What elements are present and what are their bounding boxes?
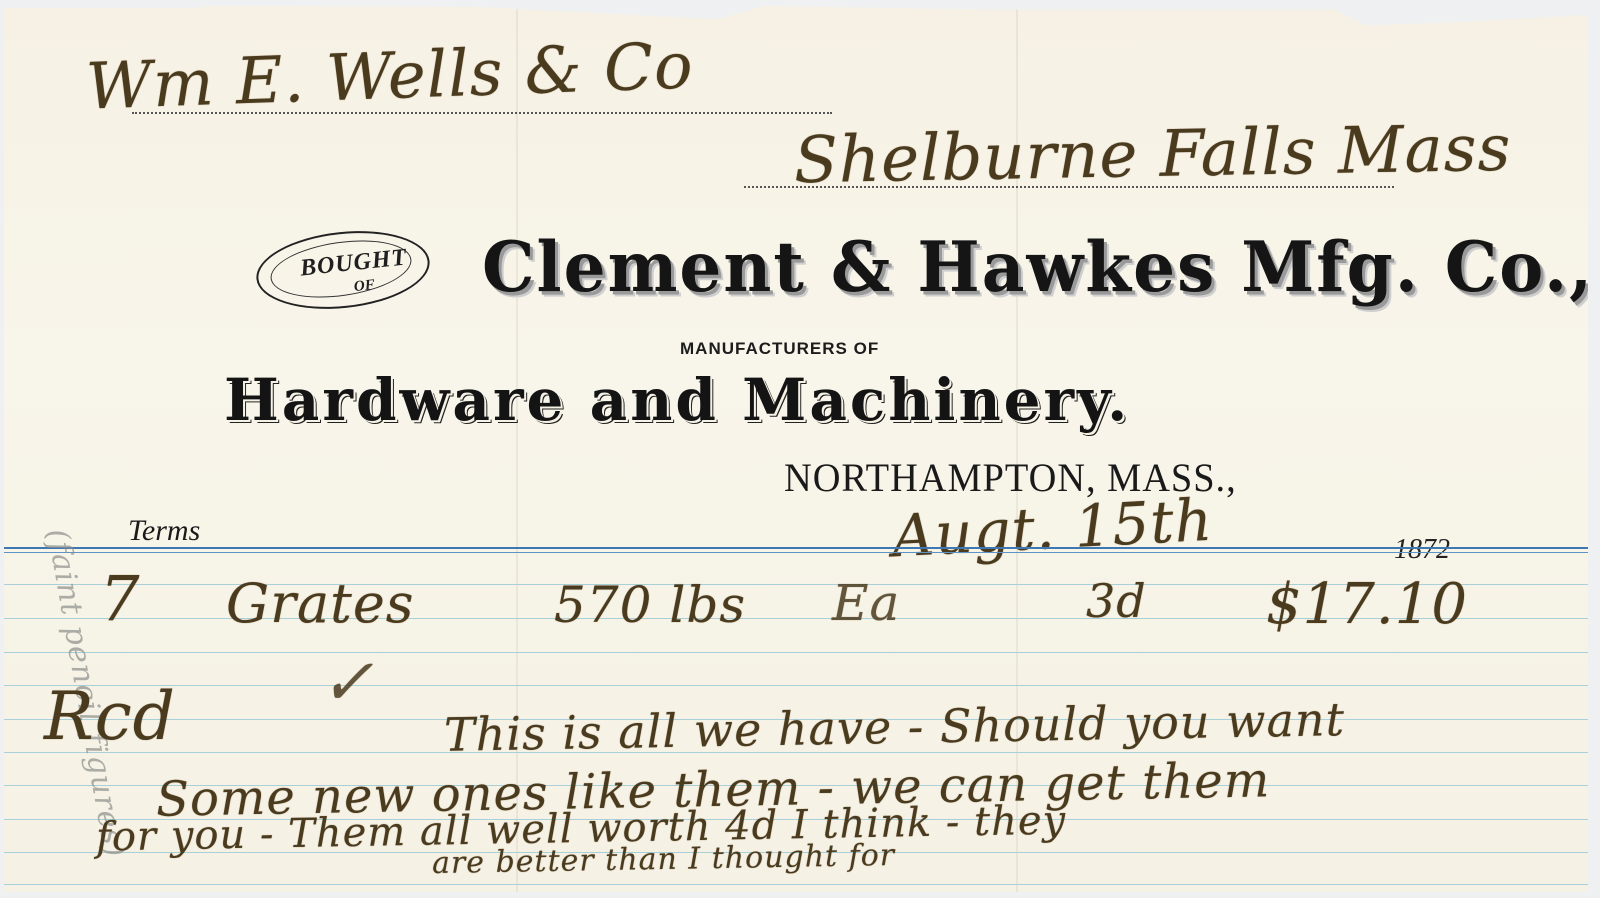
products-heading: Hardware and Machinery. (224, 366, 1130, 434)
item-rate: 3d (1086, 574, 1147, 628)
item-description: Grates (226, 572, 415, 635)
ruled-line (4, 685, 1588, 686)
addressee-name: Wm E. Wells & Co (85, 29, 695, 124)
invoice-year: 1872 (1394, 534, 1450, 566)
note-line: are better than I thought for (432, 838, 896, 881)
ruled-line (4, 884, 1588, 885)
company-name: Clement & Hawkes Mfg. Co., (482, 226, 1588, 308)
check-mark-icon: ✓ (320, 646, 375, 720)
item-quantity: 7 (100, 562, 140, 635)
header-rule (4, 552, 1588, 553)
of-label: OF (353, 277, 376, 296)
manufacturers-of-label: MANUFACTURERS OF (680, 339, 879, 359)
addressee-location: Shelburne Falls Mass (793, 112, 1512, 199)
bought-of-emblem: BOUGHT OF (242, 224, 442, 314)
terms-label: Terms (128, 514, 200, 548)
invoice-paper: Wm E. Wells & Co Shelburne Falls Mass BO… (4, 6, 1588, 892)
item-weight: 570 lbs (554, 576, 746, 634)
ruled-line (4, 652, 1588, 653)
item-amount: $17.10 (1266, 572, 1468, 637)
header-rule (4, 547, 1588, 549)
item-unit: Ea (832, 574, 900, 632)
received-mark: Rcd (44, 678, 176, 755)
